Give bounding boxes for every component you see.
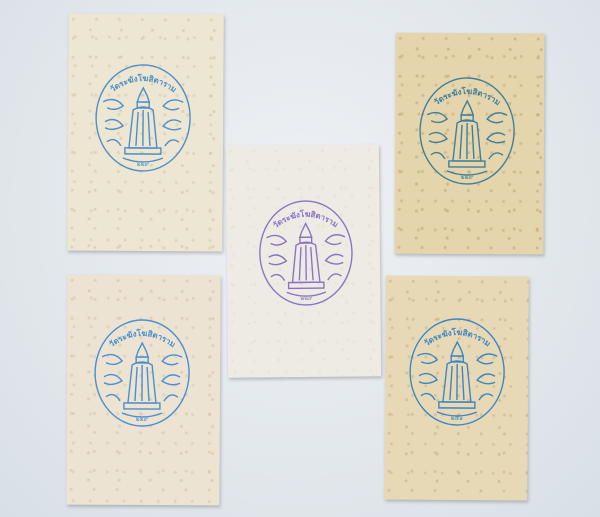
svg-text:วัดระฆังโฆสิตาราม: วัดระฆังโฆสิตาราม <box>107 328 177 350</box>
bell-stamp: วัดระฆังโฆสิตาราม ๒๒๙ <box>416 75 519 188</box>
svg-text:๒๒๙: ๒๒๙ <box>136 416 149 423</box>
tablet-bottom-right: วัดระฆังโฆสิตาราม ๒๕๑ <box>384 276 529 501</box>
svg-text:๒๒๙: ๒๒๙ <box>461 174 474 181</box>
svg-text:วัดระฆังโฆสิตาราม: วัดระฆังโฆสิตาราม <box>271 208 340 230</box>
svg-text:๒๒๙: ๒๒๙ <box>137 161 150 168</box>
svg-text:๒๕๑: ๒๕๑ <box>451 415 464 422</box>
tablet-top-right: วัดระฆังโฆสิตาราม ๒๒๙ <box>394 33 544 255</box>
svg-text:วัดระฆังโฆสิตาราม: วัดระฆังโฆสิตาราม <box>422 327 492 349</box>
tablet-center: วัดระฆังโฆสิตาราม ๒๒๙ <box>226 144 381 378</box>
svg-text:๒๒๙: ๒๒๙ <box>300 296 312 302</box>
svg-text:วัดระฆังโฆสิตาราม: วัดระฆังโฆสิตาราม <box>108 73 178 95</box>
svg-text:วัดระฆังโฆสิตาราม: วัดระฆังโฆสิตาราม <box>432 86 502 108</box>
bell-stamp: วัดระฆังโฆสิตาราม ๒๕๑ <box>407 316 508 429</box>
tablet-bottom-left: วัดระฆังโฆสิตาราม ๒๒๙ <box>66 275 220 506</box>
bell-stamp: วัดระฆังโฆสิตาราม ๒๒๙ <box>91 317 194 430</box>
tablet-top-left: วัดระฆังโฆสิตาราม ๒๒๙ <box>67 13 224 251</box>
bell-stamp: วัดระฆังโฆสิตาราม ๒๒๙ <box>256 196 355 309</box>
bell-stamp: วัดระฆังโฆสิตาราม ๒๒๙ <box>93 60 194 177</box>
